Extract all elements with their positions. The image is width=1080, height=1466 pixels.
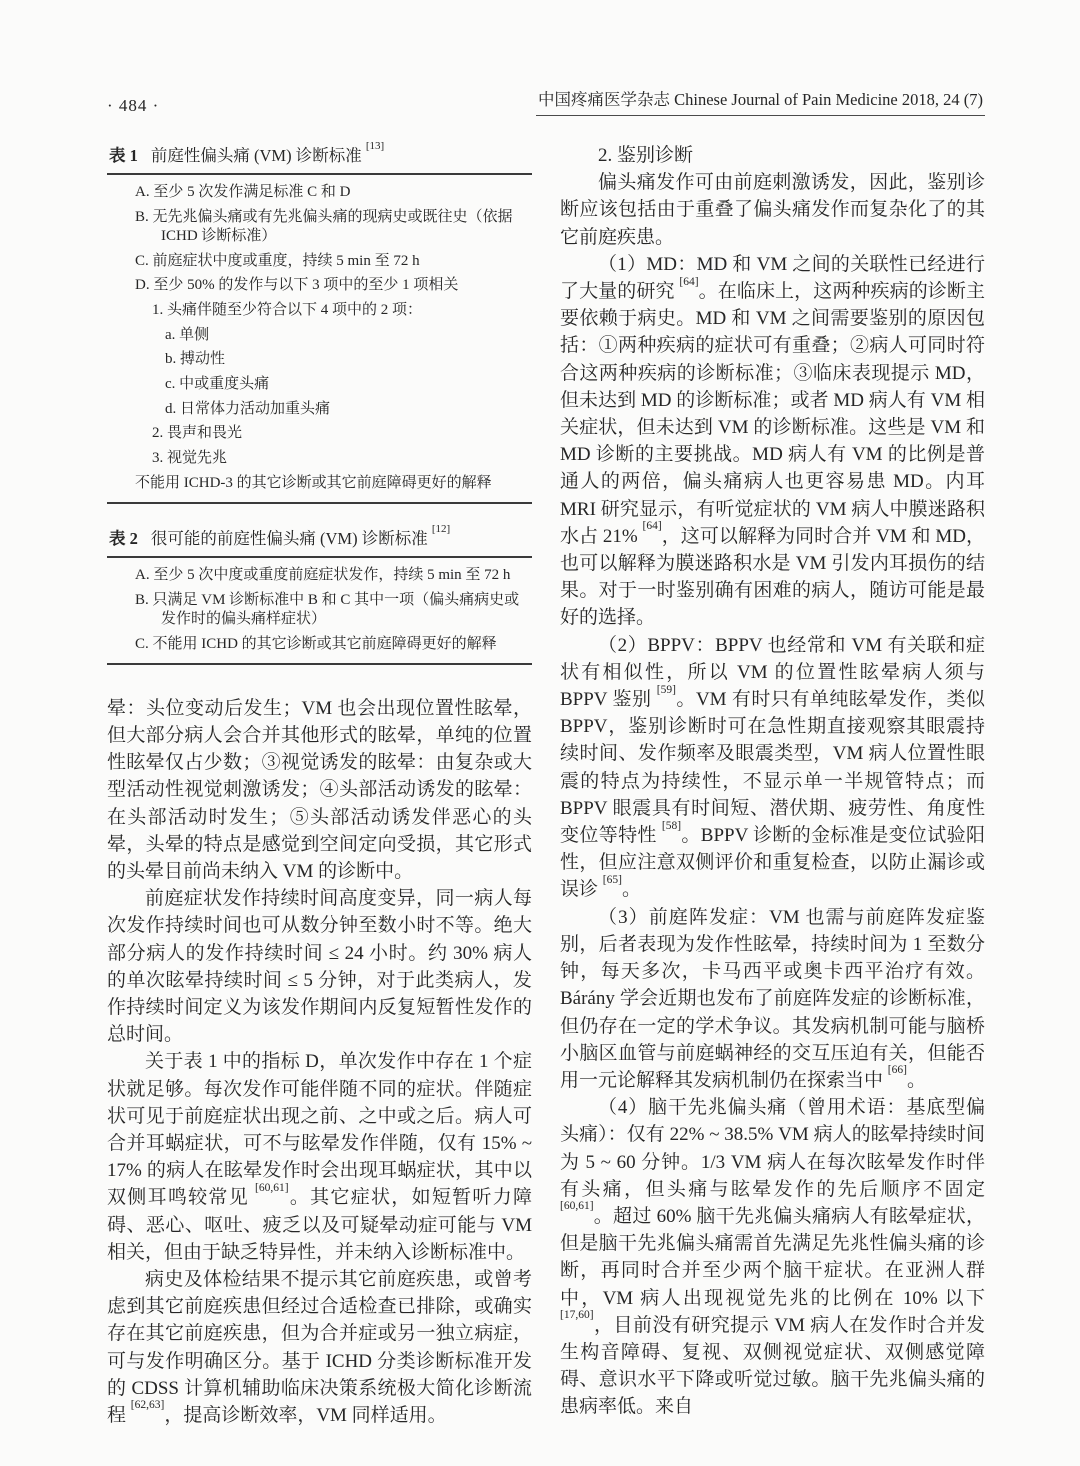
table-row: c. 中或重度头痛 [107,375,532,394]
reference-superscript: [65] [603,874,622,886]
table-row: 1. 头痛伴随至少符合以下 4 项中的 2 项： [107,301,532,320]
table-2-reference-superscript: [12] [432,523,450,535]
reference-superscript: [64] [643,520,662,532]
table-row: b. 搏动性 [107,350,532,369]
table-row: 2. 畏声和畏光 [107,424,532,443]
table-row: C. 前庭症状中度或重度，持续 5 min 至 72 h [107,252,532,271]
paragraph: （1）MD：MD 和 VM 之间的关联性已经进行了大量的研究 [64]。在临床上… [560,251,985,632]
paragraph: （2）BPPV：BPPV 也经常和 VM 有关联和症状有相似性，所以 VM 的位… [560,632,985,904]
table-row: A. 至少 5 次发作满足标准 C 和 D [107,183,532,202]
table-1-body: A. 至少 5 次发作满足标准 C 和 DB. 无先兆偏头痛或有先兆偏头痛的现病… [107,173,532,504]
table-row: B. 只满足 VM 诊断标准中 B 和 C 其中一项（偏头痛病史或发作时的偏头痛… [107,591,532,629]
section-heading: 2. 鉴别诊断 [560,142,985,169]
paragraph: 偏头痛发作可由前庭刺激诱发，因此，鉴别诊断应该包括由于重叠了偏头痛发作而复杂化了… [560,169,985,251]
reference-superscript: [60,61] [255,1182,289,1194]
table-row: a. 单侧 [107,326,532,345]
paragraph: （4）脑干先兆偏头痛（曾用术语：基底型偏头痛）：仅有 22% ~ 38.5% V… [560,1094,985,1420]
page-header: · 484 · 中国疼痛医学杂志 Chinese Journal of Pain… [107,86,985,116]
reference-superscript: [64] [679,276,698,288]
paragraph: 关于表 1 中的指标 D，单次发作中存在 1 个症状就足够。每次发作可能伴随不同… [107,1048,532,1266]
table-1: 表 1前庭性偏头痛 (VM) 诊断标准 [13] A. 至少 5 次发作满足标准… [107,142,532,504]
paragraph: 病史及体检结果不提示其它前庭疾患，或曾考虑到其它前庭疾患但经过合适检查已排除，或… [107,1266,532,1429]
table-row: B. 无先兆偏头痛或有先兆偏头痛的现病史或既往史（依据 ICHD 诊断标准） [107,208,532,246]
paragraph: 晕：头位变动后发生；VM 也会出现位置性眩晕，但大部分病人会合并其他形式的眩晕，… [107,695,532,885]
journal-title: 中国疼痛医学杂志 Chinese Journal of Pain Medicin… [536,86,985,116]
reference-superscript: [59] [657,684,676,696]
table-row: D. 至少 50% 的发作与以下 3 项中的至少 1 项相关 [107,276,532,295]
paragraph: （3）前庭阵发症：VM 也需与前庭阵发症鉴别，后者表现为发作性眩晕，持续时间为 … [560,904,985,1094]
page-body: 表 1前庭性偏头痛 (VM) 诊断标准 [13] A. 至少 5 次发作满足标准… [107,142,985,1429]
reference-superscript: [62,63] [131,1399,165,1411]
right-column: 2. 鉴别诊断 偏头痛发作可由前庭刺激诱发，因此，鉴别诊断应该包括由于重叠了偏头… [560,142,985,1429]
table-row: d. 日常体力活动加重头痛 [107,400,532,419]
table-2: 表 2很可能的前庭性偏头痛 (VM) 诊断标准 [12] A. 至少 5 次中度… [107,525,532,665]
left-column-text: 晕：头位变动后发生；VM 也会出现位置性眩晕，但大部分病人会合并其他形式的眩晕，… [107,695,532,1429]
table-2-title: 很可能的前庭性偏头痛 (VM) 诊断标准 [151,529,428,548]
table-row: 3. 视觉先兆 [107,449,532,468]
reference-superscript: [66] [888,1064,907,1076]
reference-superscript: [58] [662,820,681,832]
table-1-reference-superscript: [13] [366,140,384,152]
right-column-text: 偏头痛发作可由前庭刺激诱发，因此，鉴别诊断应该包括由于重叠了偏头痛发作而复杂化了… [560,169,985,1420]
table-1-title: 前庭性偏头痛 (VM) 诊断标准 [151,146,362,165]
table-row: C. 不能用 ICHD 的其它诊断或其它前庭障碍更好的解释 [107,635,532,654]
table-2-caption: 表 2很可能的前庭性偏头痛 (VM) 诊断标准 [12] [109,525,532,549]
table-1-label: 表 1 [109,146,138,165]
table-row: A. 至少 5 次中度或重度前庭症状发作，持续 5 min 至 72 h [107,566,532,585]
table-2-label: 表 2 [109,529,138,548]
journal-page: · 484 · 中国疼痛医学杂志 Chinese Journal of Pain… [0,0,1080,1466]
table-1-caption: 表 1前庭性偏头痛 (VM) 诊断标准 [13] [109,142,532,166]
table-2-body: A. 至少 5 次中度或重度前庭症状发作，持续 5 min 至 72 hB. 只… [107,556,532,665]
reference-superscript: [60,61] [560,1200,594,1212]
left-column: 表 1前庭性偏头痛 (VM) 诊断标准 [13] A. 至少 5 次发作满足标准… [107,142,532,1429]
reference-superscript: [17,60] [560,1309,594,1321]
paragraph: 前庭症状发作持续时间高度变异，同一病人每次发作持续时间也可从数分钟至数小时不等。… [107,885,532,1048]
table-row: 不能用 ICHD-3 的其它诊断或其它前庭障碍更好的解释 [107,474,532,493]
page-number: · 484 · [107,96,159,116]
